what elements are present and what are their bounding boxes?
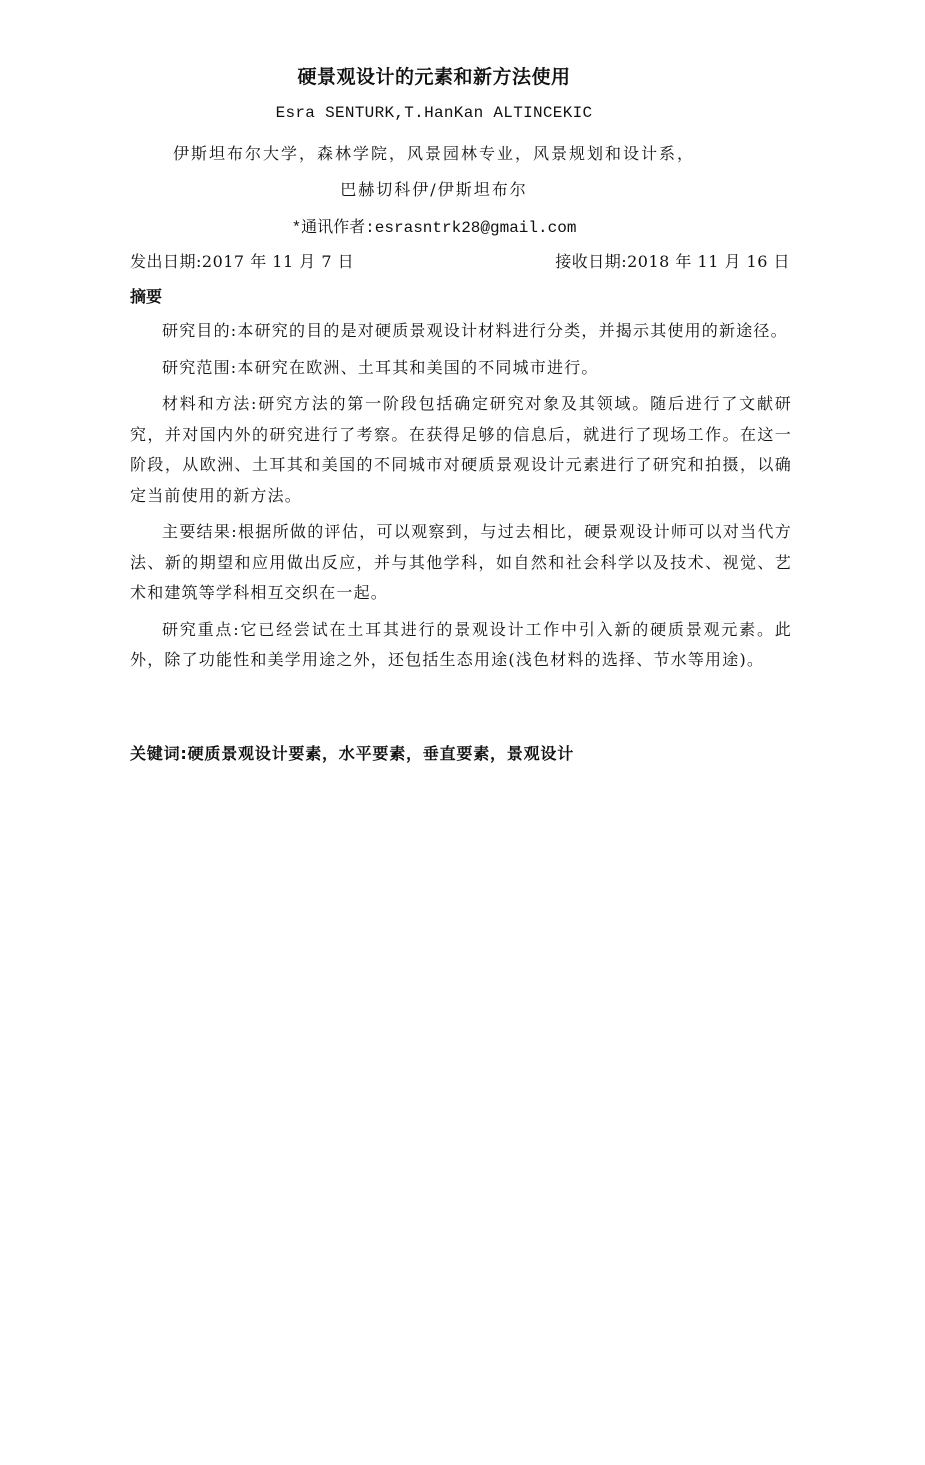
abstract-highlights: 研究重点:它已经尝试在土耳其进行的景观设计工作中引入新的硬质景观元素。此外，除了… <box>130 615 792 676</box>
corresponding-author: *通讯作者:esrasntrk28@gmail.com <box>0 214 868 237</box>
abstract-purpose: 研究目的:本研究的目的是对硬质景观设计材料进行分类，并揭示其使用的新途径。 <box>130 316 792 347</box>
paper-page: 硬景观设计的元素和新方法使用 Esra SENTURK,T.HanKan ALT… <box>0 0 925 1465</box>
abstract-heading: 摘要 <box>130 284 162 307</box>
keywords: 关键词:硬质景观设计要素，水平要素，垂直要素，景观设计 <box>130 741 574 764</box>
author-names: Esra SENTURK,T.HanKan ALTINCEKIC <box>0 104 868 122</box>
abstract-results: 主要结果:根据所做的评估，可以观察到，与过去相比，硬景观设计师可以对当代方法、新… <box>130 517 792 609</box>
affiliation-line-1: 伊斯坦布尔大学，森林学院，风景园林专业，风景规划和设计系， <box>0 141 868 164</box>
paper-title: 硬景观设计的元素和新方法使用 <box>0 62 868 89</box>
date-sent: 发出日期:2017 年 11 月 7 日 <box>130 249 354 272</box>
abstract-body: 研究目的:本研究的目的是对硬质景观设计材料进行分类，并揭示其使用的新途径。 研究… <box>130 316 792 682</box>
abstract-methods: 材料和方法:研究方法的第一阶段包括确定研究对象及其领域。随后进行了文献研究，并对… <box>130 389 792 511</box>
dates-row: 发出日期:2017 年 11 月 7 日 接收日期:2018 年 11 月 16… <box>130 249 790 271</box>
affiliation-line-2: 巴赫切科伊/伊斯坦布尔 <box>0 177 868 200</box>
abstract-scope: 研究范围:本研究在欧洲、土耳其和美国的不同城市进行。 <box>130 353 792 384</box>
date-received: 接收日期:2018 年 11 月 16 日 <box>555 249 790 272</box>
